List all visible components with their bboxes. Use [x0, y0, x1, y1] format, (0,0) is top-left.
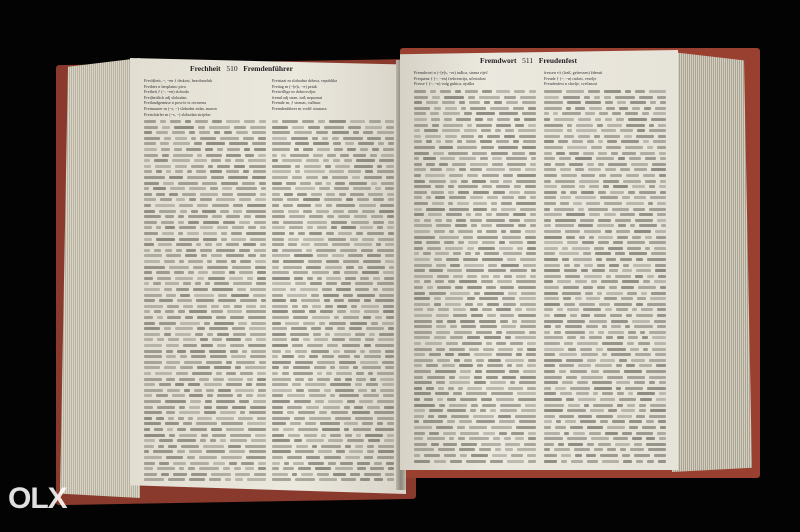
photo-scene: Frechheit 510 Fremdenführer Frech|heit, …: [0, 0, 800, 532]
left-page-header: Frechheit 510 Fremdenführer: [190, 64, 293, 73]
left-header-last-word: Fremdenführer: [243, 64, 293, 73]
right-page-header: Fremdwort 511 Freudenfest: [480, 56, 577, 65]
right-page: Fremdwort 511 Freudenfest Fremdwort n (~…: [400, 50, 678, 470]
left-column-1: Frech|heit, ~, ~en ƒ drskost, bezobrazlu…: [144, 78, 268, 117]
left-header-first-word: Frechheit: [190, 64, 221, 73]
left-column-2: Freistaat m slobodna država, republika F…: [272, 78, 396, 112]
right-column-2: fressen v/t (fraß, gefressen) žderati Fr…: [544, 70, 668, 87]
right-header-last-word: Freudenfest: [539, 56, 577, 65]
watermark-text: OLX: [8, 482, 67, 516]
olx-watermark: OLX: [8, 478, 72, 526]
left-page: Frechheit 510 Fremdenführer Frech|heit, …: [130, 58, 406, 494]
page-edges-left: [60, 58, 140, 498]
entry: Freudenfest n slavlje, svečanost: [544, 81, 668, 87]
entry: Freischärler m (~s, ~) slobodan strijela…: [144, 112, 268, 118]
left-page-number: 510: [226, 64, 237, 73]
right-column-1: Fremdwort n (~[e]s, ~er) tuđica, strana …: [414, 70, 538, 87]
page-edges-right: [672, 52, 752, 472]
entry: Fremdenführer m vodič stranaca: [272, 106, 396, 112]
right-page-number: 511: [522, 56, 533, 65]
entry: Fresse ƒ (~, ~n) vulg gubica, njuška: [414, 81, 538, 87]
right-header-first-word: Fremdwort: [480, 56, 517, 65]
